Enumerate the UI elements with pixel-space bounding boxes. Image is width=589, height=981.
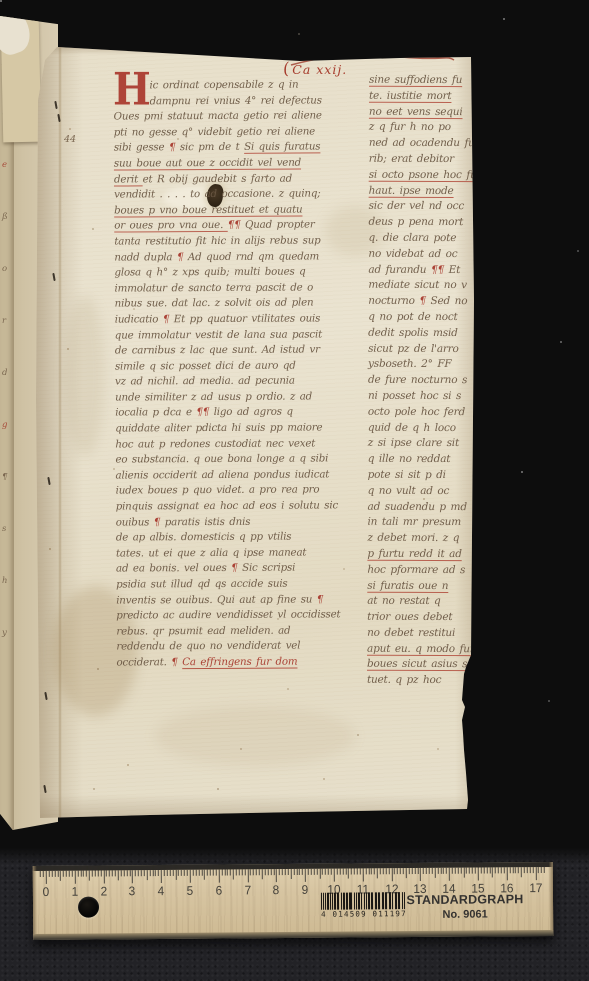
barcode-bars [321, 892, 407, 910]
ruler-tick [100, 871, 101, 877]
spine-text-fragment: ¶ [2, 472, 7, 482]
ruler-tick [316, 869, 317, 875]
ruler-tick [276, 869, 277, 882]
ruler-number: 4 [151, 884, 172, 898]
manuscript-text: rib; erat debitor [369, 153, 454, 165]
ruler-tick [239, 869, 240, 875]
ruler-tick [291, 869, 292, 879]
text-line: de ap albis. domesticis q pp vtilis [116, 531, 311, 548]
ruler-hole [78, 897, 99, 918]
text-line: boues sicut asius sim [367, 658, 509, 674]
ruler-tick [504, 867, 505, 873]
ruler-tick [126, 870, 127, 876]
ruler-number: 5 [179, 884, 200, 898]
manuscript-text: boues p vno boue restituet et quatu [114, 203, 302, 216]
manuscript-text: que immolatur vestit de lana sua pascit [115, 328, 322, 341]
text-line: nocturno ¶ Sed no [368, 295, 510, 311]
text-line: in tali mr presum [367, 516, 509, 532]
manuscript-text: nadd dupla [114, 251, 177, 263]
ruler-tick [486, 867, 487, 873]
manuscript-text: predicto ac audire vendidisset vl occidi… [116, 609, 340, 622]
ruler-tick [475, 868, 476, 874]
manuscript-text: hoc pformare ad s [367, 563, 465, 575]
ruler-tick [319, 869, 320, 879]
manuscript-text: Sed no [430, 295, 467, 307]
ruler-tick [527, 867, 528, 873]
ruler-tick [196, 870, 197, 876]
ruler-tick [432, 868, 433, 874]
manuscript-text: p furtu redd it ad [367, 548, 461, 560]
text-line: ic ordinat copensabile z q in [113, 78, 308, 95]
ruler-tick [337, 869, 338, 875]
ruler-tick [365, 868, 366, 874]
ruler-tick [394, 868, 395, 874]
ruler-tick [172, 870, 173, 876]
ruler-tick [52, 871, 53, 877]
manuscript-text: sic pm de t [180, 141, 244, 153]
ruler-tick [83, 871, 84, 877]
text-line: ysboseth. 2° FF [368, 358, 510, 374]
ruler-tick [360, 868, 361, 874]
rubric-text: ¶¶ [196, 406, 213, 418]
manuscript-text: boues sicut asius sim [367, 658, 480, 670]
text-line: sibi gesse ¶ sic pm de t Si quis furatus [114, 141, 309, 158]
ruler-tick [342, 869, 343, 875]
ruler-tick [161, 870, 162, 883]
manuscript-text: reddendu de quo no vendiderat vel [116, 640, 300, 653]
ruler-tick [417, 868, 418, 874]
ruler-tick [414, 868, 415, 874]
text-line: at no restat q [367, 595, 509, 611]
text-line: octo pole hoc ferd [368, 405, 510, 421]
text-line: q no pot de noct [368, 311, 510, 327]
ruler-tick [155, 870, 156, 876]
text-line: unde similiter z ad usus p ordio. z ad [115, 390, 310, 407]
manuscript-text: dedit spolis msid [368, 327, 458, 339]
ruler-number: 2 [93, 884, 114, 898]
manuscript-text: inventis se ouibus. Qui aut ap fine su [116, 593, 317, 606]
text-line: immolatur de sancto terra pascit de o [115, 281, 310, 298]
manuscript-text: glosa q h° z xps quib; multi boues q [114, 266, 305, 279]
ruler-tick [66, 871, 67, 877]
manuscript-text: aput eu. q modo fur [367, 642, 475, 654]
ruler-tick [524, 867, 525, 873]
manuscript-text: de fure nocturno s [368, 374, 467, 386]
main-text-column: ic ordinat copensabile z q indampnu rei … [113, 78, 311, 672]
ruler-tick [308, 869, 309, 875]
ruler-tick [403, 868, 404, 874]
ruler-tick [60, 871, 61, 881]
ruler-tick [423, 868, 424, 874]
ruler-tick [230, 869, 231, 875]
text-line: glosa q h° z xps quib; multi boues q [114, 266, 309, 283]
ruler-tick [429, 868, 430, 874]
manuscript-text: occiderat. [116, 656, 171, 668]
ruler-tick [512, 867, 513, 873]
manuscript-text: iocalia p dca e [115, 407, 196, 419]
text-line: si octo psone hoc fur [369, 169, 511, 185]
text-line: pinquis assignat ea hoc ad eos i solutu … [116, 500, 311, 517]
text-line: que immolatur vestit de lana sua pascit [115, 328, 310, 345]
ruler-tick [406, 868, 407, 878]
manuscript-text: de ap albis. domesticis q pp vtilis [116, 531, 292, 544]
ruler-tick [440, 868, 441, 874]
ruler-tick [515, 867, 516, 873]
ruler-tick [458, 868, 459, 874]
text-line: Oues pmi statuut macta getio rei aliene [114, 110, 309, 127]
ruler-number: 6 [208, 884, 229, 898]
text-line: ouibus ¶ paratis istis dnis [116, 515, 311, 532]
ruler-tick [351, 869, 352, 875]
manuscript-text: no debet restitui [367, 627, 455, 639]
ruler-tick [293, 869, 294, 875]
ruler-tick [377, 868, 378, 878]
ruler-tick [221, 870, 222, 876]
ruler-tick [521, 867, 522, 877]
manuscript-text: Et pp quatuor vtilitates ouis [174, 312, 320, 325]
ruler-tick [138, 870, 139, 876]
text-line: pti no gesse q° videbit getio rei aliene [114, 125, 309, 142]
ruler-tick [267, 869, 268, 875]
manuscript-text: or oues pro vna oue. [114, 219, 228, 232]
ruler-tick [247, 869, 248, 882]
manuscript-text: dampnu rei vnius 4° rei defectus [150, 94, 322, 107]
folio-number: 44 [64, 134, 76, 145]
rubric-text: ¶ [231, 562, 242, 574]
manuscript-text: pinquis assignat ea hoc ad eos i solutu … [116, 499, 338, 512]
ruler-tick [236, 869, 237, 875]
ruler-brand: STANDARDGRAPH [402, 892, 528, 907]
text-line: ni posset hoc si s [368, 390, 510, 406]
ruler-number: 7 [237, 883, 258, 897]
rubric-text: ¶ [169, 142, 180, 154]
ruler-tick [158, 870, 159, 876]
ruler-tick [219, 870, 220, 883]
manuscript-text: derit [114, 173, 143, 185]
text-line: dampnu rei vnius 4° rei defectus [114, 94, 309, 111]
text-line: inventis se ouibus. Qui aut ap fine su ¶ [116, 593, 311, 610]
text-line: nibus sue. dat lac. z solvit ois ad plen [115, 297, 310, 314]
manuscript-text: z q fur h no po [369, 121, 451, 133]
manuscript-text: ni posset hoc si s [368, 390, 461, 402]
ruler-tick [216, 870, 217, 876]
ruler-tick [469, 868, 470, 874]
text-line: eo substancia. q oue bona longe a q sibi [115, 453, 310, 470]
ruler-tick [242, 869, 243, 875]
text-line: q ille no reddat [368, 453, 510, 469]
spine-text-fragment: r [2, 316, 6, 326]
manuscript-text: ad suadendu p md [368, 500, 467, 512]
ruler-tick [296, 869, 297, 875]
page-edge-shading [35, 46, 477, 55]
ruler-tick [109, 870, 110, 876]
rubric-text: Ca effringens fur dom [182, 656, 297, 669]
right-text-column: sine suffodiens fute. iustitie mortno ee… [367, 74, 511, 691]
text-line: de carnibus z lac que sunt. Ad istud vr [115, 344, 310, 361]
manuscript-text: unde similiter z ad usus p ordio. z ad [115, 390, 312, 403]
fold-crease [59, 46, 61, 820]
manuscript-text: Quad propter [245, 219, 315, 231]
text-line: no videbat ad oc [368, 248, 510, 264]
manuscript-text: psidia sut illud qd qs accide suis [116, 578, 287, 591]
text-line: ad suadendu p md [368, 500, 510, 516]
text-line: sine suffodiens fu [369, 74, 511, 90]
ruler-tick [489, 867, 490, 873]
ruler-tick [311, 869, 312, 875]
rubric-text: ¶ [154, 516, 165, 528]
manuscript-text: ic ordinat copensabile z q in [149, 79, 298, 92]
text-line: trior oues debet [367, 611, 509, 627]
ruler-tick [535, 867, 536, 880]
ruler-tick [149, 870, 150, 876]
text-line: reddendu de quo no vendiderat vel [116, 640, 311, 657]
manuscript-text: quid de q h loco [368, 421, 456, 433]
ruler-tick [121, 870, 122, 876]
manuscript-text: Ad quod rnd qm quedam [188, 250, 319, 263]
rubric-text: ¶ [171, 656, 182, 668]
manuscript-text: Oues pmi statuut macta getio rei aliene [114, 110, 322, 123]
ruler-tick [305, 869, 306, 882]
ruler-tick [198, 870, 199, 876]
ruler: 01234567891011121314151617 4 014509 0111… [33, 862, 554, 940]
stain [65, 296, 105, 456]
rubric-text: ¶ [419, 295, 430, 307]
ruler-tick [89, 871, 90, 881]
rubric-text: ¶¶ [228, 219, 245, 231]
text-line: no eet vens sequi [369, 105, 511, 121]
manuscript-text: immolatur de sancto terra pascit de o [115, 281, 314, 294]
ruler-tick [279, 869, 280, 875]
text-line: rebus. qr psumit ead meliden. ad [116, 624, 311, 641]
text-line: occiderat. ¶ Ca effringens fur dom [116, 655, 311, 672]
ruler-tick [49, 871, 50, 877]
spine-text-fragment: g [2, 420, 7, 430]
text-line: or oues pro vna oue. ¶¶ Quad propter [114, 219, 309, 236]
ruler-tick [164, 870, 165, 876]
ruler-tick [466, 868, 467, 874]
ruler-tick [498, 867, 499, 873]
ruler-tick [541, 867, 542, 873]
ruler-tick [455, 868, 456, 874]
rubric-text: ¶¶ [431, 264, 449, 276]
manuscript-text: sicut pz de l'arro [368, 342, 459, 354]
ruler-tick [152, 870, 153, 876]
text-line: si furatis oue n [367, 579, 509, 595]
manuscript-text: Et [449, 264, 461, 276]
ruler-tick [106, 870, 107, 876]
manuscript-text: mediate sicut no v [368, 279, 467, 291]
ruler-tick [129, 870, 130, 876]
ruler-tick [331, 869, 332, 875]
manuscript-text: trior oues debet [367, 611, 452, 623]
ruler-tick [46, 871, 47, 884]
ruler-tick [253, 869, 254, 875]
manuscript-text: tates. ut ei que z alia q ipse maneat [116, 546, 306, 559]
ruler-tick [80, 871, 81, 877]
manuscript-text: no videbat ad oc [368, 248, 457, 260]
ruler-tick [92, 871, 93, 877]
text-line: q no vult ad oc [368, 484, 510, 500]
ruler-tick [478, 868, 479, 881]
ruler-tick [244, 869, 245, 875]
manuscript-text: si furatis oue n [367, 579, 448, 591]
ruler-tick [75, 871, 76, 884]
ruler-tick [262, 869, 263, 879]
ruler-tick [256, 869, 257, 875]
ruler-tick [483, 867, 484, 873]
manuscript-text: Si quis furatus [244, 141, 320, 153]
text-line: tanta restitutio fit hic in alijs rebus … [114, 234, 309, 251]
ruler-tick [322, 869, 323, 875]
manuscript-text: rebus. qr psumit ead meliden. ad [116, 624, 290, 637]
manuscript-text: tuet. q pz hoc [367, 674, 441, 686]
manuscript-text: no eet vens sequi [369, 105, 463, 117]
ruler-tick [357, 868, 358, 874]
ruler-tick [435, 868, 436, 878]
ruler-tick [518, 867, 519, 873]
manuscript-text: paratis istis dnis [165, 515, 251, 527]
ruler-tick [446, 868, 447, 874]
ruler-tick [69, 871, 70, 877]
manuscript-text: q no vult ad oc [368, 484, 450, 496]
ruler-tick [193, 870, 194, 876]
text-line: z si ipse clare sit [368, 437, 510, 453]
manuscript-text: Sic scripsi [242, 562, 295, 574]
ruler-tick [495, 867, 496, 873]
ruler-tick [181, 870, 182, 876]
spine-text-fragment: h [2, 576, 7, 586]
ruler-tick [95, 871, 96, 877]
manuscript-text: z si ipse clare sit [368, 437, 459, 449]
ruler-tick [400, 868, 401, 874]
manuscript-text: sine suffodiens fu [369, 74, 462, 86]
manuscript-text: eo substancia. q oue bona longe a q sibi [115, 453, 328, 466]
ruler-tick [452, 868, 453, 874]
manuscript-text: ouibus [116, 516, 154, 528]
ruler-tick [544, 867, 545, 873]
manuscript-text: vz ad nichil. ad media. ad pecunia [115, 375, 295, 388]
ruler-tick [501, 867, 502, 873]
text-line: vz ad nichil. ad media. ad pecunia [115, 375, 310, 392]
text-line: tuet. q pz hoc [367, 674, 509, 690]
ruler-tick [463, 868, 464, 878]
text-line: pote si sit p di [368, 469, 510, 485]
manuscript-text: ned ad ocadendu fur [369, 137, 480, 149]
ruler-tick [187, 870, 188, 876]
ruler-tick [210, 870, 211, 876]
text-line: ad ea bonis. vel oues ¶ Sic scripsi [116, 562, 311, 579]
ruler-tick [86, 871, 87, 877]
manuscript-text: et R obij gaudebit s farto ad [143, 172, 292, 185]
manuscript-text: nibus sue. dat lac. z solvit ois ad plen [115, 297, 314, 310]
manuscript-text: deus p pena mort [369, 216, 464, 228]
ruler-tick [147, 870, 148, 880]
ruler-tick [532, 867, 533, 873]
manuscript-text: q ille no reddat [368, 453, 451, 465]
ruler-tick [368, 868, 369, 874]
ruler-tick [227, 870, 228, 876]
spine-text-fragment: e [2, 160, 7, 170]
ruler-tick [265, 869, 266, 875]
text-line: sic der vel nd occ [369, 200, 511, 216]
ruler-tick [538, 867, 539, 873]
ruler-tick [374, 868, 375, 874]
spine-text-fragment: o [2, 264, 7, 274]
text-line: aput eu. q modo fur [367, 642, 509, 658]
ruler-tick [348, 869, 349, 879]
ruler-tick [175, 870, 176, 880]
ruler-tick [250, 869, 251, 875]
ruler-tick [204, 870, 205, 880]
text-line: q. die clara pote [368, 232, 510, 248]
ruler-tick [460, 868, 461, 874]
ruler-tick [449, 868, 450, 881]
manuscript-text: q no pot de noct [368, 311, 457, 323]
ruler-tick [141, 870, 142, 876]
ruler-number: 1 [64, 885, 85, 899]
text-line: suu boue aut oue z occidit vel vend [114, 156, 309, 173]
ruler-tick [345, 869, 346, 875]
manuscript-page: (Ca xxij. H 44 ic ordinat copensabile z … [35, 46, 477, 820]
manuscript-text: haut. ipse mode [369, 184, 454, 196]
ruler-tick [233, 869, 234, 879]
manuscript-text: ad ea bonis. vel oues [116, 562, 231, 575]
manuscript-text: te. iustitie mort [369, 90, 451, 102]
text-line: tates. ut ei que z alia q ipse maneat [116, 546, 311, 563]
dust-specks [0, 0, 2, 2]
manuscript-text: ysboseth. 2° FF [368, 358, 452, 370]
manuscript-text: pti no gesse q° videbit getio rei aliene [114, 125, 315, 138]
manuscript-text: pote si sit p di [368, 469, 446, 481]
text-line: z debet mori. z q [367, 532, 509, 548]
ruler-tick [334, 869, 335, 882]
manuscript-text: alienis occiderit ad aliena pondus iudic… [115, 468, 329, 481]
ruler-tick [339, 869, 340, 875]
ruler-tick [270, 869, 271, 875]
text-line: nadd dupla ¶ Ad quod rnd qm quedam [114, 250, 309, 267]
manuscript-text: tanta restitutio fit hic in alijs rebus … [114, 234, 320, 247]
manuscript-text: sic der vel nd occ [369, 200, 464, 212]
manuscript-text: iudicatio [115, 313, 163, 325]
manuscript-text: octo pole hoc ferd [368, 405, 465, 417]
manuscript-text: de carnibus z lac que sunt. Ad istud vr [115, 344, 320, 357]
ruler-number: 9 [295, 883, 316, 897]
ruler-tick [380, 868, 381, 874]
text-line: psidia sut illud qd qs accide suis [116, 577, 311, 594]
text-line: deus p pena mort [369, 216, 511, 232]
ruler-number: 8 [266, 883, 287, 897]
ruler-tick [115, 870, 116, 876]
ruler-tick [132, 870, 133, 883]
manuscript-text: vendidit . . . . to ad occasione. z quin… [114, 188, 321, 201]
manuscript-text: si octo psone hoc fur [369, 169, 482, 181]
manuscript-text: ligo ad agros q [214, 406, 293, 418]
ruler-tick [363, 868, 364, 881]
text-line: boues p vno boue restituet et quatu [114, 203, 309, 220]
ruler-tick [57, 871, 58, 877]
ruler-tick [299, 869, 300, 875]
ruler-tick [397, 868, 398, 874]
spine-text-fragment: d [2, 368, 7, 378]
text-line: hoc aut p redones custodiat nec vexet [115, 437, 310, 454]
ruler-tick [144, 870, 145, 876]
ruler-tick [285, 869, 286, 875]
text-line: iudex boues p quo videt. a pro rea pro [116, 484, 311, 501]
ruler-tick [170, 870, 171, 876]
manuscript-text: at no restat q [367, 595, 440, 607]
ruler-tick [98, 871, 99, 877]
rubric-flourish [287, 52, 457, 68]
